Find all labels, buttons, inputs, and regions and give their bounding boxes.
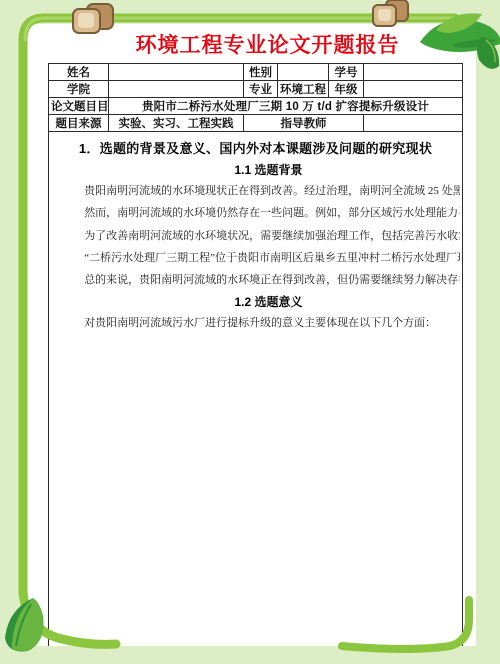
stone-top-right-icon [373,0,408,26]
page-title: 环境工程专业论文开题报告 [25,31,476,61]
grade-value-cell [364,81,463,98]
name-label-cell: 姓名 [49,64,109,81]
gender-value-cell [278,64,329,81]
name-value-cell [109,64,244,81]
paragraph: 总的来说，贵阳南明河流域的水环境正在得到改善，但仍需要继续努力解决存在的问题，以… [60,269,451,291]
topic-source-label-cell: 题目来源 [49,115,109,132]
student-id-label-cell: 学号 [329,64,364,81]
grade-label-cell: 年级 [329,81,364,98]
table-row: 姓名 性别 学号 [49,64,463,81]
paragraph: “二桥污水处理厂三期工程”位于贵阳市南明区后巢乡五里冲村二桥污水处理厂现状厂区内… [60,247,451,269]
table-row: 题目来源 实验、实习、工程实践 指导教师 [49,115,463,132]
paragraph: 然而，南明河流域的水环境仍然存在一些问题。例如，部分区域污水处理能力不足，生活污… [60,202,451,224]
college-label-cell: 学院 [49,81,109,98]
advisor-label-cell: 指导教师 [244,115,364,132]
paragraph: 贵阳南明河流域的水环境现状正在得到改善。经过治理，南明河全流域 25 处黑臭水体… [60,180,451,202]
subsection-1-2-heading: 1.2 选题意义 [86,293,451,310]
table-row: 1．选题的背景及意义、国内外对本课题涉及问题的研究现状 1.1 选题背景 贵阳南… [49,132,463,647]
student-id-value-cell [364,64,463,81]
advisor-value-cell [364,115,463,132]
thesis-title-value-cell: 贵阳市二桥污水处理厂三期 10 万 t/d 扩容提标升级设计 [109,98,463,115]
document-canvas: 环境工程专业论文开题报告 姓名 性别 学号 学院 专业 环境工程 年级 [0,0,500,664]
thesis-title-label-cell: 论文题目目 [49,98,109,115]
paragraph: 为了改善南明河流域的水环境状况，需要继续加强治理工作，包括完善污水收集管网和雨污… [60,225,451,247]
report-page: 环境工程专业论文开题报告 姓名 性别 学号 学院 专业 环境工程 年级 [25,24,476,646]
section1-heading: 1．选题的背景及意义、国内外对本课题涉及问题的研究现状 [60,138,451,157]
info-table: 姓名 性别 学号 学院 专业 环境工程 年级 论文题目目 贵阳市二桥污水处理厂三… [48,63,463,646]
subsection-1-1-heading: 1.1 选题背景 [86,161,451,178]
section1-body: 1．选题的背景及意义、国内外对本课题涉及问题的研究现状 1.1 选题背景 贵阳南… [51,132,460,646]
major-value-cell: 环境工程 [278,81,329,98]
major-label-cell: 专业 [244,81,278,98]
gender-label-cell: 性别 [244,64,278,81]
paragraph: 对贵阳南明河流域污水厂进行提标升级的意义主要体现在以下几个方面： [60,312,451,334]
topic-source-value-cell: 实验、实习、工程实践 [109,115,244,132]
table-row: 论文题目目 贵阳市二桥污水处理厂三期 10 万 t/d 扩容提标升级设计 [49,98,463,115]
section1-cell: 1．选题的背景及意义、国内外对本课题涉及问题的研究现状 1.1 选题背景 贵阳南… [49,132,463,647]
college-value-cell [109,81,244,98]
table-row: 学院 专业 环境工程 年级 [49,81,463,98]
